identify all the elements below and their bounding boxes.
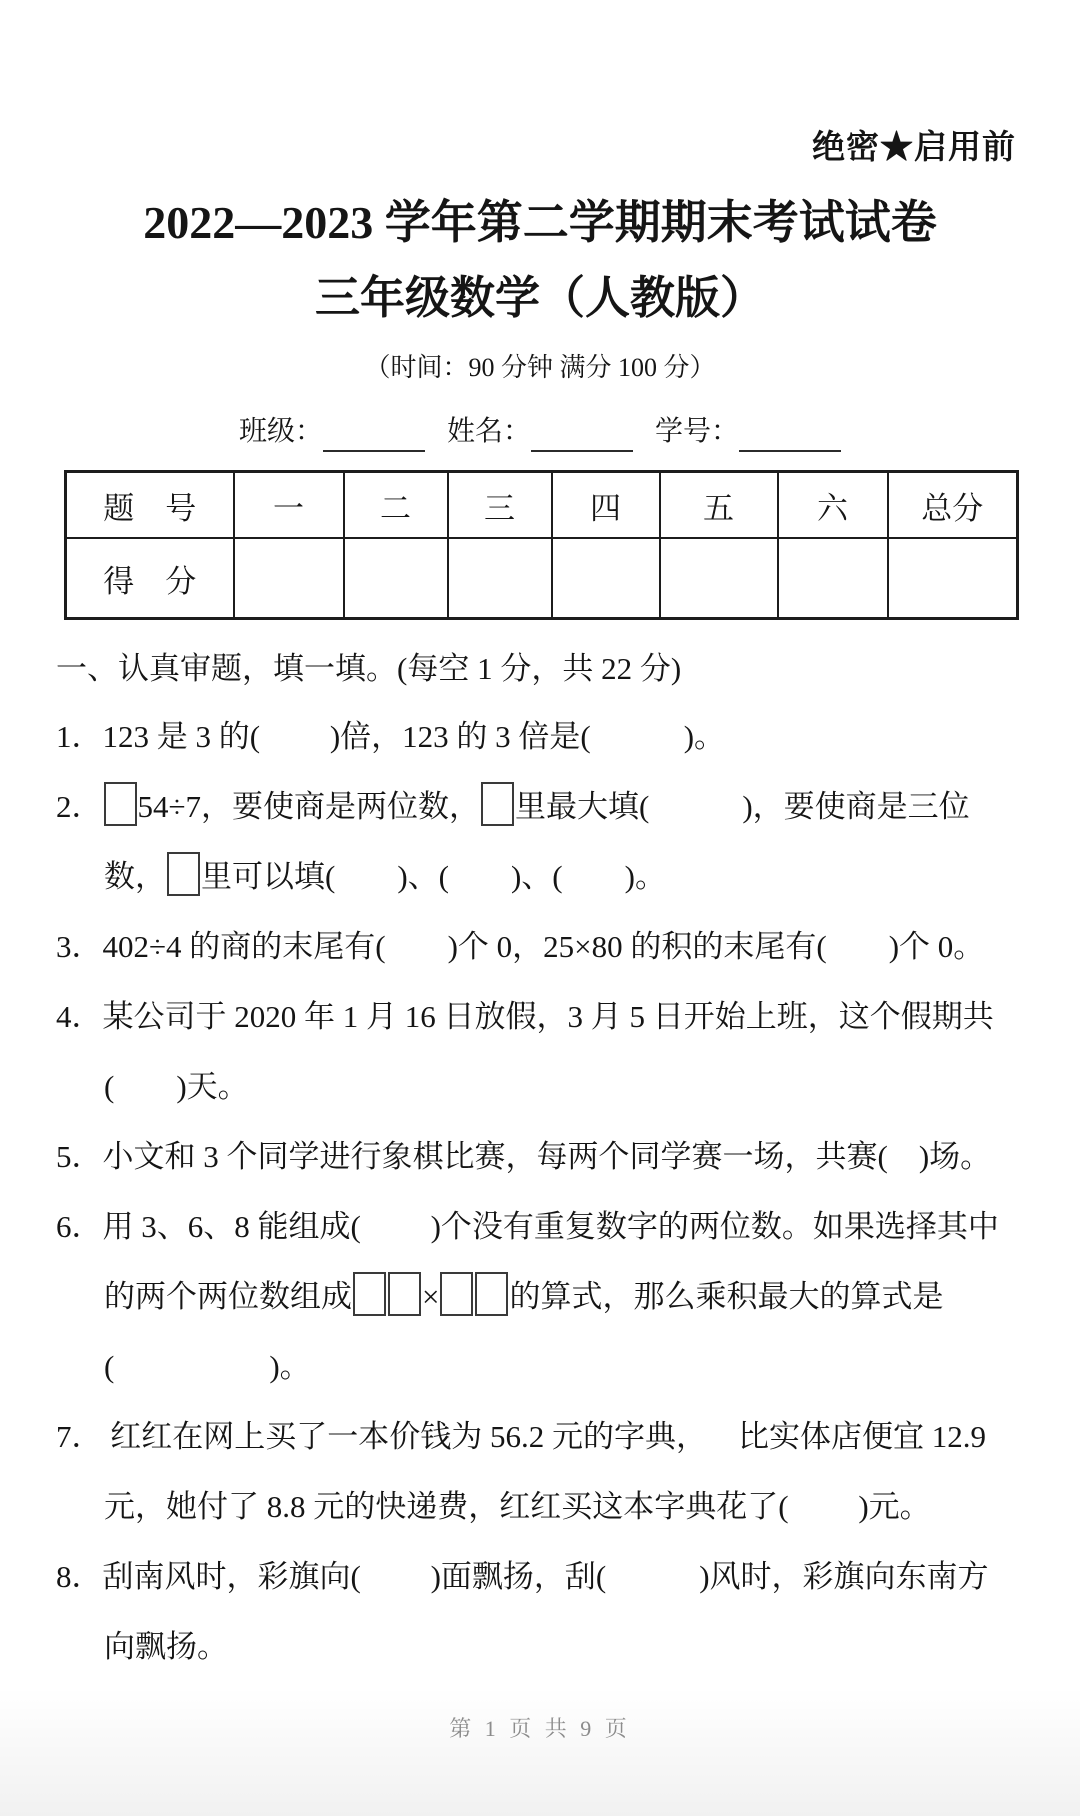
question-7-line-2: 元，她付了 8.8 元的快递费，红红买这本字典花了( )元。	[0, 1472, 1080, 1542]
class-blank-line	[323, 416, 425, 452]
exam-title-line1: 2022—2023 学年第二学期期末考试试卷	[0, 194, 1080, 252]
score-table-header-cell: 一	[234, 472, 344, 539]
blank-box	[475, 1272, 508, 1316]
score-cell	[778, 538, 888, 619]
student-info-row: 班级： 姓名： 学号：	[0, 412, 1080, 452]
score-table-score-row: 得 分	[66, 538, 1018, 619]
name-blank-line	[531, 416, 633, 452]
question-1: 1．123 是 3 的( )倍，123 的 3 倍是( )。	[0, 702, 1080, 772]
student-no-label: 学号：	[655, 412, 739, 452]
name-label: 姓名：	[447, 412, 531, 452]
score-table-header-cell: 四	[552, 472, 660, 539]
blank-box	[440, 1272, 473, 1316]
question-7-line-1: 7． 红红在网上买了一本价钱为 56.2 元的字典， 比实体店便宜 12.9	[0, 1402, 1080, 1472]
question-2-line-2: 数，里可以填( )、( )、( )。	[0, 842, 1080, 912]
name-field: 姓名：	[447, 412, 633, 452]
blank-box	[388, 1272, 421, 1316]
question-6-line-3: ( )。	[0, 1332, 1080, 1402]
score-label-cell: 得 分	[66, 538, 234, 619]
score-table-header-cell: 三	[448, 472, 552, 539]
exam-title-line2: 三年级数学（人教版）	[0, 268, 1080, 328]
score-table-header-row: 题 号 一 二 三 四 五 六 总分	[66, 472, 1018, 539]
question-8-line-1: 8．刮南风时，彩旗向( )面飘扬，刮( )风时，彩旗向东南方	[0, 1542, 1080, 1612]
time-score-note: （时间：90 分钟 满分 100 分）	[0, 350, 1080, 386]
question-3: 3．402÷4 的商的末尾有( )个 0，25×80 的积的末尾有( )个 0。	[0, 912, 1080, 982]
student-no-blank-line	[739, 416, 841, 452]
score-table-header-cell: 二	[344, 472, 448, 539]
question-1-line-1: 1．123 是 3 的( )倍，123 的 3 倍是( )。	[0, 702, 1080, 772]
blank-box	[167, 852, 200, 896]
class-label: 班级：	[239, 412, 323, 452]
score-table-header-cell: 总分	[888, 472, 1018, 539]
score-table-header-cell: 五	[660, 472, 778, 539]
page-number-indicator: 第 1 页 共 9 页	[0, 1712, 1080, 1743]
question-8: 8．刮南风时，彩旗向( )面飘扬，刮( )风时，彩旗向东南方 向飘扬。	[0, 1542, 1080, 1682]
exam-paper-page: 绝密★启用前 2022—2023 学年第二学期期末考试试卷 三年级数学（人教版）…	[0, 0, 1080, 1816]
section-one-heading: 一、认真审题，填一填。(每空 1 分，共 22 分)	[56, 646, 1080, 692]
question-2: 2．54÷7，要使商是两位数，里最大填( )，要使商是三位 数，里可以填( )、…	[0, 772, 1080, 912]
question-5: 5．小文和 3 个同学进行象棋比赛，每两个同学赛一场，共赛( )场。	[0, 1122, 1080, 1192]
blank-box	[104, 782, 137, 826]
question-6-line-2: 的两个两位数组成×的算式，那么乘积最大的算式是	[0, 1262, 1080, 1332]
score-table-header-cell: 六	[778, 472, 888, 539]
score-cell	[344, 538, 448, 619]
question-4: 4．某公司于 2020 年 1 月 16 日放假，3 月 5 日开始上班，这个假…	[0, 982, 1080, 1122]
score-cell	[552, 538, 660, 619]
question-4-line-1: 4．某公司于 2020 年 1 月 16 日放假，3 月 5 日开始上班，这个假…	[0, 982, 1080, 1052]
score-cell	[234, 538, 344, 619]
student-no-field: 学号：	[655, 412, 841, 452]
blank-box	[353, 1272, 386, 1316]
question-7: 7． 红红在网上买了一本价钱为 56.2 元的字典， 比实体店便宜 12.9 元…	[0, 1402, 1080, 1542]
score-cell	[660, 538, 778, 619]
question-5-line-1: 5．小文和 3 个同学进行象棋比赛，每两个同学赛一场，共赛( )场。	[0, 1122, 1080, 1192]
score-table-header-cell: 题 号	[66, 472, 234, 539]
question-3-line-1: 3．402÷4 的商的末尾有( )个 0，25×80 的积的末尾有( )个 0。	[0, 912, 1080, 982]
question-4-line-2: ( )天。	[0, 1052, 1080, 1122]
question-2-line-1: 2．54÷7，要使商是两位数，里最大填( )，要使商是三位	[0, 772, 1080, 842]
score-cell	[888, 538, 1018, 619]
classification-banner: 绝密★启用前	[0, 128, 1016, 168]
question-8-line-2: 向飘扬。	[0, 1612, 1080, 1682]
score-cell	[448, 538, 552, 619]
section-one-questions: 1．123 是 3 的( )倍，123 的 3 倍是( )。 2．54÷7，要使…	[0, 702, 1080, 1682]
score-table: 题 号 一 二 三 四 五 六 总分 得 分	[64, 470, 1019, 620]
question-6: 6．用 3、6、8 能组成( )个没有重复数字的两位数。如果选择其中 的两个两位…	[0, 1192, 1080, 1402]
class-field: 班级：	[239, 412, 425, 452]
blank-box	[481, 782, 514, 826]
question-6-line-1: 6．用 3、6、8 能组成( )个没有重复数字的两位数。如果选择其中	[0, 1192, 1080, 1262]
